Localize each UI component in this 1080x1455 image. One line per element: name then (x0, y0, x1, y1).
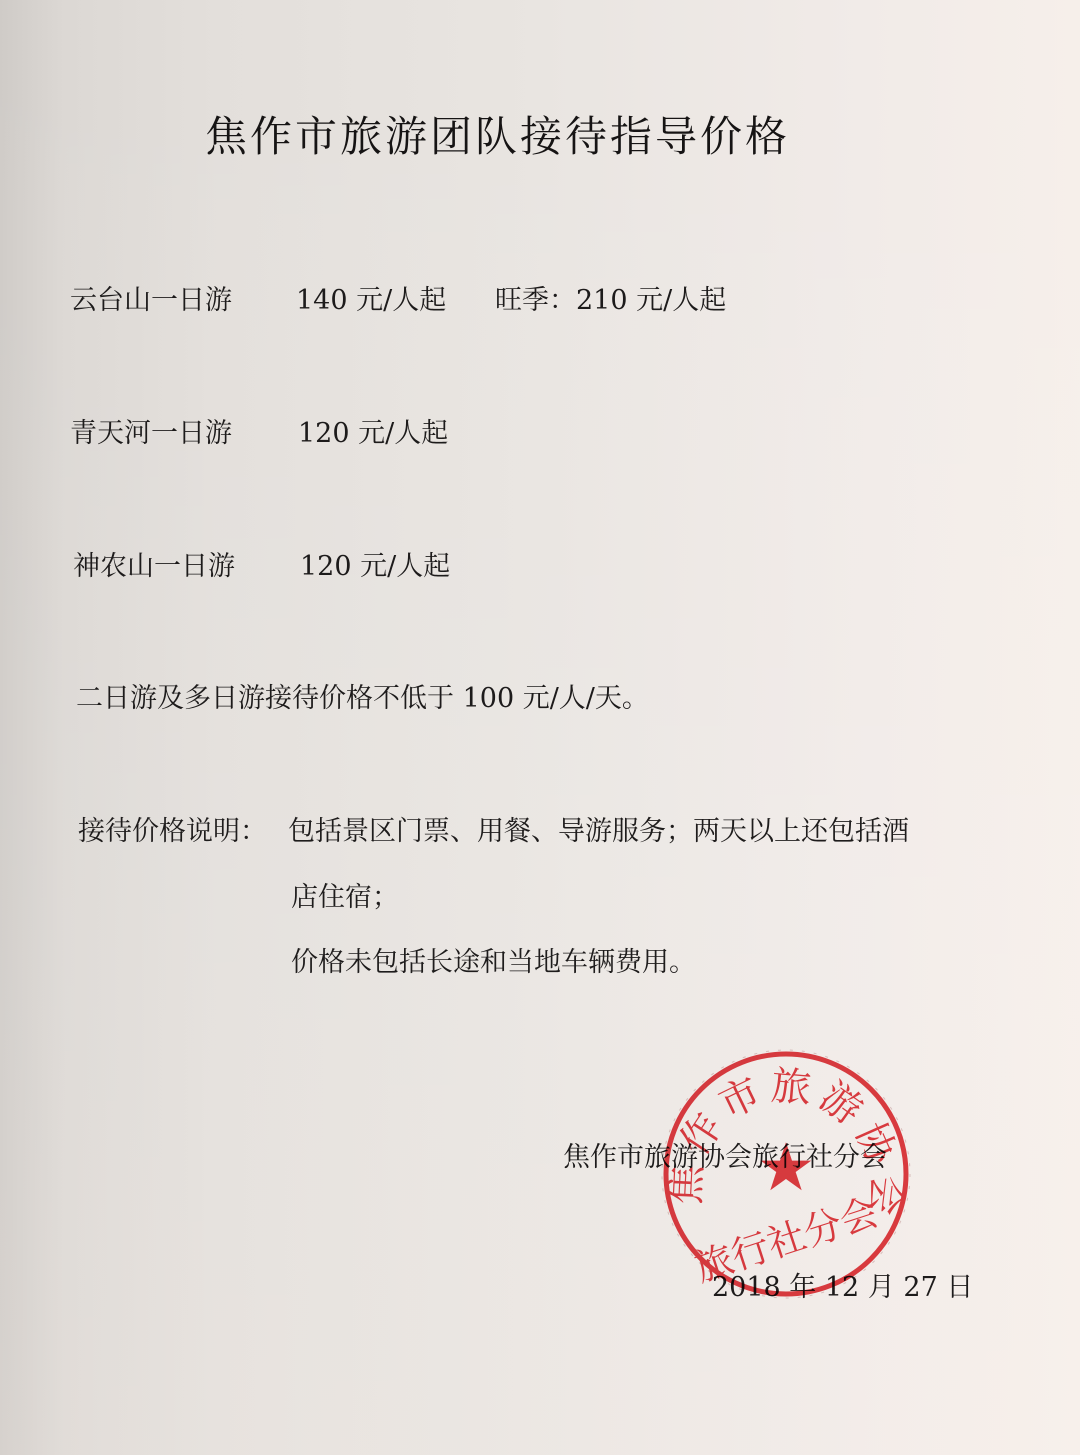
tour-price: 120 元/人起 (298, 411, 448, 450)
official-seal-icon: 焦作市旅游协会 ★ 旅行社分会 (660, 1048, 912, 1300)
price-note-line: 店住宿； (291, 875, 399, 914)
tour-price: 120 元/人起 (300, 544, 450, 583)
tour-name: 青天河一日游 (70, 411, 232, 450)
paper-background (0, 0, 1080, 1455)
seal-star: ★ (756, 1129, 815, 1206)
tour-row-yuntaishan: 云台山一日游 140 元/人起 旺季：210 元/人起 (70, 278, 232, 317)
tour-row-shennongshan: 神农山一日游 120 元/人起 (73, 544, 235, 583)
price-notes-label: 接待价格说明： (78, 809, 267, 848)
tour-name: 神农山一日游 (73, 544, 235, 583)
tour-price: 140 元/人起 (296, 278, 446, 317)
tour-row-qingtianhe: 青天河一日游 120 元/人起 (70, 411, 232, 450)
document-title: 焦作市旅游团队接待指导价格 (205, 104, 790, 164)
price-note-line: 包括景区门票、用餐、导游服务；两天以上还包括酒 (288, 809, 909, 848)
price-note-line: 价格未包括长途和当地车辆费用。 (291, 940, 696, 979)
multi-day-note: 二日游及多日游接待价格不低于 100 元/人/天。 (76, 676, 649, 715)
peak-season-price: 旺季：210 元/人起 (495, 278, 726, 317)
tour-name: 云台山一日游 (70, 278, 232, 317)
